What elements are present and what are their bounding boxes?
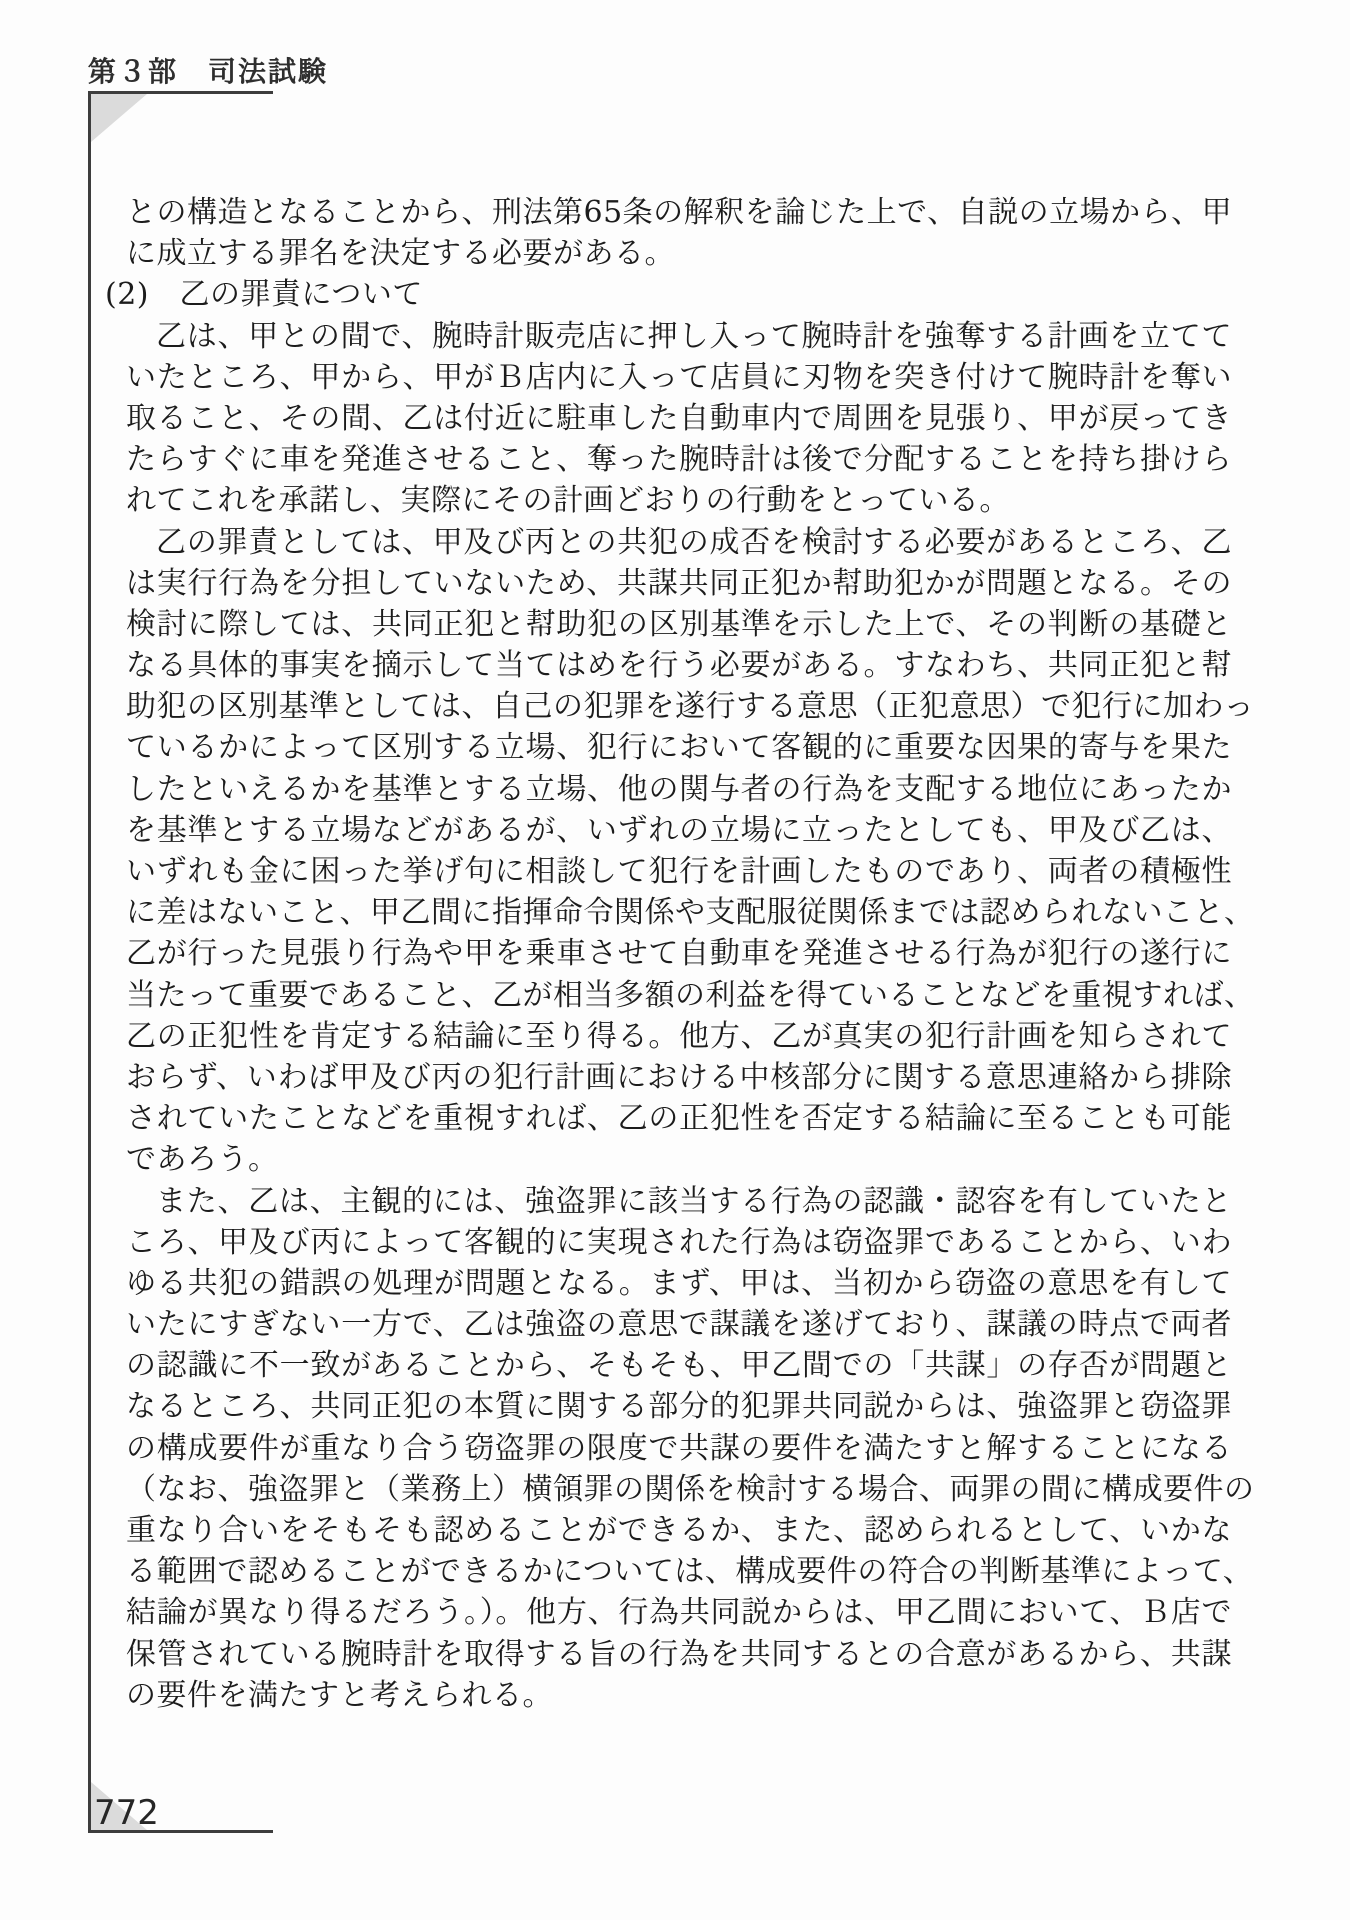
text-line: 保管されている腕時計を取得する旨の行為を共同するとの合意があるから、共謀 xyxy=(126,1634,1232,1675)
text-line: の要件を満たすと考えられる。 xyxy=(126,1675,1232,1716)
text-line: の構成要件が重なり合う窃盗罪の限度で共謀の要件を満たすと解することになる xyxy=(126,1428,1232,1469)
text-line: との構造となることから、刑法第65条の解釈を論じた上で、自説の立場から、甲 xyxy=(126,192,1232,233)
left-margin-rule xyxy=(88,91,91,1833)
part-header: 第３部 司法試験 xyxy=(88,50,328,90)
book-page: 第３部 司法試験 との構造となることから、刑法第65条の解釈を論じた上で、自説の… xyxy=(0,0,1350,1920)
text-line: 乙の罪責としては、甲及び丙との共犯の成否を検討する必要があるところ、乙 xyxy=(126,522,1232,563)
text-line: を基準とする立場などがあるが、いずれの立場に立ったとしても、甲及び乙は、 xyxy=(126,810,1232,851)
text-line: 結論が異なり得るだろう。）。他方、行為共同説からは、甲乙間において、Ｂ店で xyxy=(126,1592,1232,1633)
text-line: 検討に際しては、共同正犯と幇助犯の区別基準を示した上で、その判断の基礎と xyxy=(126,604,1232,645)
text-line: いたにすぎない一方で、乙は強盗の意思で謀議を遂げており、謀議の時点で両者 xyxy=(126,1304,1232,1345)
text-line: 重なり合いをそもそも認めることができるか、また、認められるとして、いかな xyxy=(126,1510,1232,1551)
text-line: されていたことなどを重視すれば、乙の正犯性を否定する結論に至ることも可能 xyxy=(126,1098,1232,1139)
text-line: ているかによって区別する立場、犯行において客観的に重要な因果的寄与を果た xyxy=(126,727,1232,768)
text-line: であろう。 xyxy=(126,1139,1232,1180)
text-line: ころ、甲及び丙によって客観的に実現された行為は窃盗罪であることから、いわ xyxy=(126,1222,1232,1263)
text-line: に成立する罪名を決定する必要がある。 xyxy=(126,233,1232,274)
text-line: 乙の正犯性を肯定する結論に至り得る。他方、乙が真実の犯行計画を知らされて xyxy=(126,1016,1232,1057)
text-line: なるところ、共同正犯の本質に関する部分的犯罪共同説からは、強盗罪と窃盗罪 xyxy=(126,1386,1232,1427)
body-text: との構造となることから、刑法第65条の解釈を論じた上で、自説の立場から、甲に成立… xyxy=(126,192,1232,1716)
text-line: 乙が行った見張り行為や甲を乗車させて自動車を発進させる行為が犯行の遂行に xyxy=(126,933,1232,974)
text-line: 取ること、その間、乙は付近に駐車した自動車内で周囲を見張り、甲が戻ってき xyxy=(126,398,1232,439)
text-line: は実行行為を分担していないため、共謀共同正犯か幇助犯かが問題となる。その xyxy=(126,563,1232,604)
text-line: いずれも金に困った挙げ句に相談して犯行を計画したものであり、両者の積極性 xyxy=(126,851,1232,892)
text-line: 乙は、甲との間で、腕時計販売店に押し入って腕時計を強奪する計画を立てて xyxy=(126,316,1232,357)
corner-triangle-top xyxy=(91,94,147,142)
page-number: 772 xyxy=(94,1793,159,1833)
text-line: したといえるかを基準とする立場、他の関与者の行為を支配する地位にあったか xyxy=(126,769,1232,810)
text-line: なる具体的事実を摘示して当てはめを行う必要がある。すなわち、共同正犯と幇 xyxy=(126,645,1232,686)
text-line: れてこれを承諾し、実際にその計画どおりの行動をとっている。 xyxy=(126,480,1232,521)
text-line: (2) 乙の罪責について xyxy=(105,274,1232,315)
text-line: ゆる共犯の錯誤の処理が問題となる。まず、甲は、当初から窃盗の意思を有して xyxy=(126,1263,1232,1304)
text-line: 当たって重要であること、乙が相当多額の利益を得ていることなどを重視すれば、 xyxy=(126,975,1232,1016)
text-line: いたところ、甲から、甲がＢ店内に入って店員に刃物を突き付けて腕時計を奪い xyxy=(126,357,1232,398)
text-line: たらすぐに車を発進させること、奪った腕時計は後で分配することを持ち掛けら xyxy=(126,439,1232,480)
text-line: に差はないこと、甲乙間に指揮命令関係や支配服従関係までは認められないこと、 xyxy=(126,892,1232,933)
text-line: おらず、いわば甲及び丙の犯行計画における中核部分に関する意思連絡から排除 xyxy=(126,1057,1232,1098)
text-line: る範囲で認めることができるかについては、構成要件の符合の判断基準によって、 xyxy=(126,1551,1232,1592)
text-line: の認識に不一致があることから、そもそも、甲乙間での「共謀」の存否が問題と xyxy=(126,1345,1232,1386)
text-line: また、乙は、主観的には、強盗罪に該当する行為の認識・認容を有していたと xyxy=(126,1181,1232,1222)
text-line: （なお、強盗罪と（業務上）横領罪の関係を検討する場合、両罪の間に構成要件の xyxy=(126,1469,1232,1510)
text-line: 助犯の区別基準としては、自己の犯罪を遂行する意思（正犯意思）で犯行に加わっ xyxy=(126,686,1232,727)
